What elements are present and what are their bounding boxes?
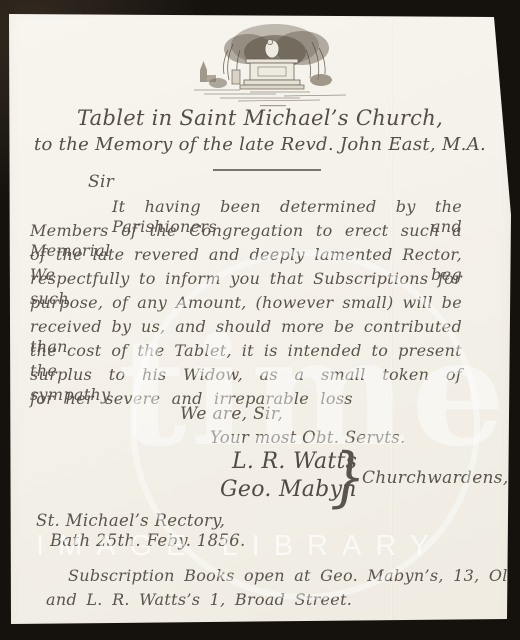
photographed-document: Tablet in Saint Michael’s Church, to the…	[0, 0, 520, 640]
document-title-line2: to the Memory of the late Revd. John Eas…	[15, 134, 505, 155]
document-title-line1: Tablet in Saint Michael’s Church,	[25, 106, 495, 130]
title-underline	[213, 169, 321, 171]
place-line: St. Michael’s Rectory,	[36, 511, 225, 530]
body-line-5: purpose, of any Amount, (however small) …	[30, 293, 462, 313]
document-paper: Tablet in Saint Michael’s Church, to the…	[0, 0, 520, 640]
signature-title: Churchwardens,	[362, 468, 509, 488]
footer-line-2: and L. R. Watts’s 1, Broad Street.	[46, 590, 352, 609]
salutation: Sir	[88, 172, 114, 192]
memorial-engraving-icon	[180, 18, 365, 110]
signature-brace: }	[330, 446, 366, 510]
footer-line-1: Subscription Books open at Geo. Mabyn’s,…	[68, 566, 520, 585]
date-line: Bath 25th. Feby. 1856.	[50, 531, 246, 550]
closing-line-1: We are, Sir,	[180, 404, 283, 424]
closing-line-2: Your most Obt. Servts.	[210, 428, 406, 447]
